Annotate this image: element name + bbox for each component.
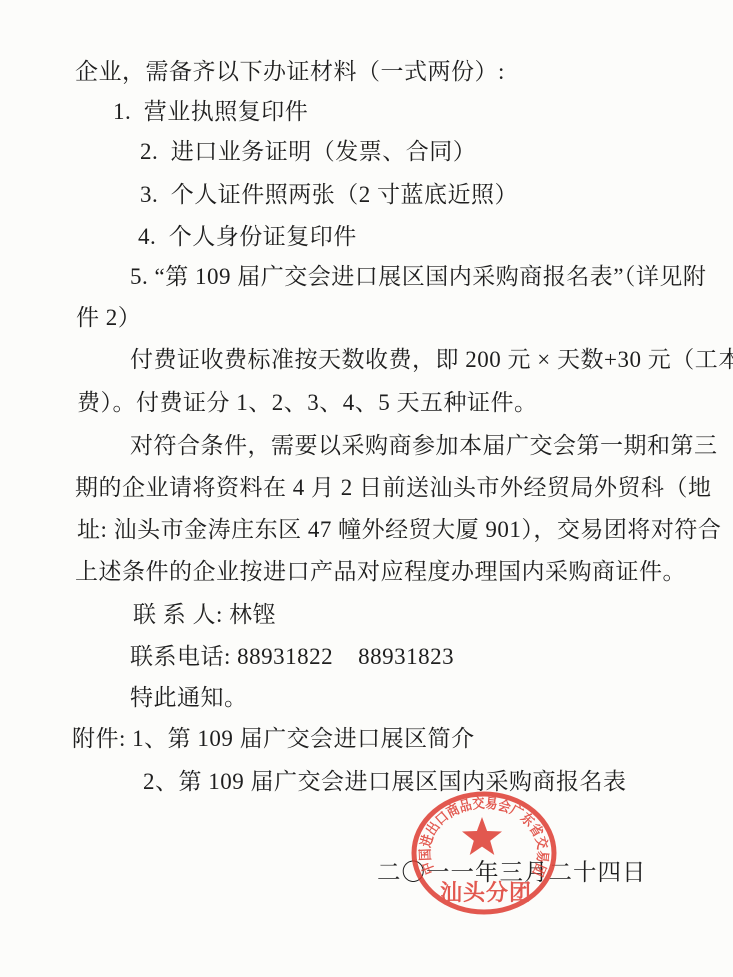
- fee-paragraph: 付费证收费标准按天数收费，即 200 元 × 天数+30 元（工本: [130, 345, 733, 375]
- date-line: 二〇一一年三月二十四日: [377, 853, 647, 887]
- list-item-registration-form-cont: 件 2）: [76, 303, 141, 333]
- seal-star-icon: [462, 817, 502, 855]
- list-item-import-proof: 2. 进口业务证明（发票、合同）: [140, 137, 476, 167]
- contact-person-line: 联 系 人: 林铿: [133, 600, 276, 630]
- list-item-id-copy: 4. 个人身份证复印件: [138, 222, 357, 252]
- notice-closing-line: 特此通知。: [130, 683, 248, 713]
- eligibility-paragraph: 对符合条件，需要以采购商参加本届广交会第一期和第三: [130, 431, 718, 461]
- intro-line: 企业，需备齐以下办证材料（一式两份）:: [75, 57, 505, 87]
- list-item-photos: 3. 个人证件照两张（2 寸蓝底近照）: [140, 180, 518, 210]
- eligibility-paragraph-cont-2: 址: 汕头市金涛庄东区 47 幢外经贸大厦 901），交易团将对符合: [77, 515, 721, 545]
- contact-phone-line: 联系电话: 88931822 88931823: [130, 642, 454, 672]
- list-item-registration-form: 5. “第 109 届广交会进口展区国内采购商报名表”（详见附: [130, 262, 706, 292]
- document-page: 企业，需备齐以下办证材料（一式两份）: 1. 营业执照复印件 2. 进口业务证明…: [0, 0, 733, 977]
- eligibility-paragraph-cont-3: 上述条件的企业按进口产品对应程度办理国内采购商证件。: [75, 557, 686, 587]
- fee-paragraph-cont: 费）。付费证分 1、2、3、4、5 天五种证件。: [77, 388, 538, 418]
- list-item-business-license: 1. 营业执照复印件: [113, 97, 308, 127]
- eligibility-paragraph-cont-1: 期的企业请将资料在 4 月 2 日前送汕头市外经贸局外贸科（地: [75, 473, 712, 503]
- attachment-line-1: 附件: 1、第 109 届广交会进口展区简介: [72, 724, 475, 754]
- attachment-line-2: 2、第 109 届广交会进口展区国内采购商报名表: [143, 767, 627, 797]
